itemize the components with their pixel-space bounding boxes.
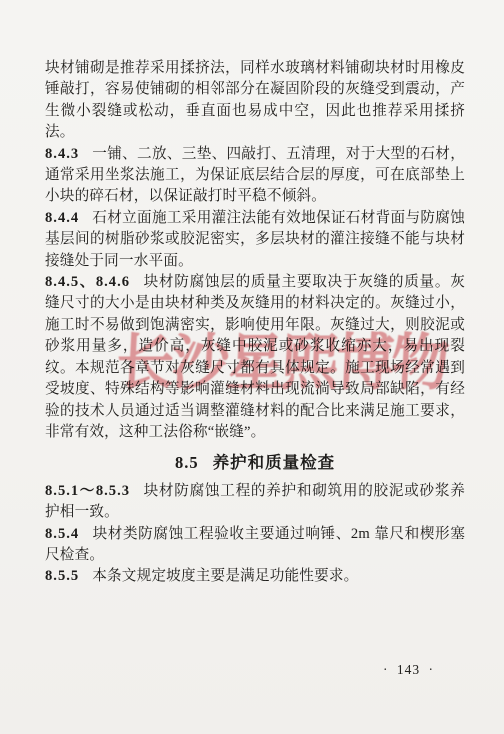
paragraph: 8.5.4块材类防腐蚀工程验收主要通过响锤、2m 靠尺和楔形塞尺检查。 [45, 524, 465, 567]
clause-number: 8.4.5、8.4.6 [45, 274, 130, 290]
clause-number: 8.4.3 [45, 146, 79, 162]
paragraph: 块材铺砌是推荐采用揉挤法，同样水玻璃材料铺砌块材时用橡皮锤敲打，容易使铺砌的相邻… [45, 58, 465, 144]
paragraph: 8.4.3一铺、二放、三垫、四敲打、五清理，对于大型的石材，通常采用坐浆法施工，… [45, 144, 465, 208]
clause-number: 8.4.4 [45, 210, 79, 226]
paragraph-text: 块材类防腐蚀工程验收主要通过响锤、2m 靠尺和楔形塞尺检查。 [45, 526, 465, 563]
clause-number: 8.5.1～8.5.3 [45, 483, 130, 499]
document-page: 块材铺砌是推荐采用揉挤法，同样水玻璃材料铺砌块材时用橡皮锤敲打，容易使铺砌的相邻… [0, 0, 504, 734]
paragraph-text: 本条文规定坡度主要是满足功能性要求。 [92, 568, 358, 584]
paragraph: 8.5.1～8.5.3块材防腐蚀工程的养护和砌筑用的胶泥或砂浆养护相一致。 [45, 481, 465, 524]
paragraph-text: 块材防腐蚀层的质量主要取决于灰缝的质量。灰缝尺寸的大小是由块材种类及灰缝用的材料… [45, 274, 465, 440]
clause-number: 8.5.5 [45, 568, 79, 584]
section-number: 8.5 [175, 453, 199, 472]
paragraph-text: 一铺、二放、三垫、四敲打、五清理，对于大型的石材，通常采用坐浆法施工，为保证底层… [45, 146, 465, 205]
paragraph: 8.4.5、8.4.6块材防腐蚀层的质量主要取决于灰缝的质量。灰缝尺寸的大小是由… [45, 272, 465, 443]
body-text: 块材铺砌是推荐采用揉挤法，同样水玻璃材料铺砌块材时用橡皮锤敲打，容易使铺砌的相邻… [45, 58, 465, 588]
section-title: 养护和质量检查 [213, 453, 336, 472]
clause-number: 8.5.4 [45, 526, 79, 542]
paragraph-text: 石材立面施工采用灌注法能有效地保证石材背面与防腐蚀基层间的树脂砂浆或胶泥密实，多… [45, 210, 465, 269]
page-number: · 143 · [383, 662, 434, 678]
paragraph: 8.4.4石材立面施工采用灌注法能有效地保证石材背面与防腐蚀基层间的树脂砂浆或胶… [45, 208, 465, 272]
section-heading: 8.5养护和质量检查 [45, 452, 465, 473]
paragraph-text: 块材铺砌是推荐采用揉挤法，同样水玻璃材料铺砌块材时用橡皮锤敲打，容易使铺砌的相邻… [45, 60, 465, 140]
paragraph: 8.5.5本条文规定坡度主要是满足功能性要求。 [45, 566, 465, 587]
